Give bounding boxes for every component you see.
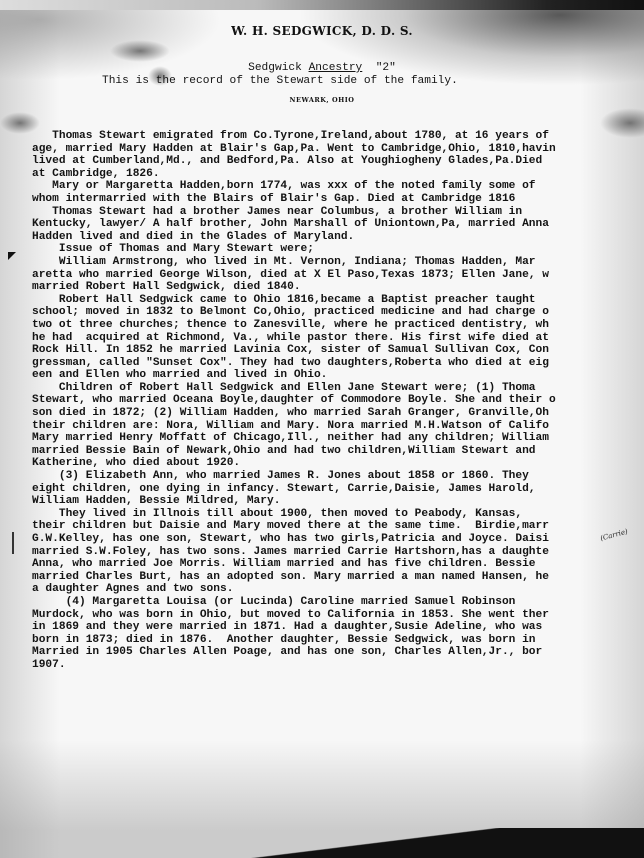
handwritten-note: (Carrie)	[599, 528, 628, 543]
text-line: their children are: Nora, William and Ma…	[32, 420, 556, 433]
text-line: lived at Cumberland,Md., and Bedford,Pa.…	[32, 155, 556, 168]
text-line: he had acquired at Richmond, Va., while …	[32, 332, 556, 345]
scanned-page: W. H. SEDGWICK, D. D. S. Sedgwick Ancest…	[0, 0, 644, 858]
margin-mark	[12, 532, 14, 554]
text-line: een and Ellen who married and lived in O…	[32, 369, 556, 382]
title-underlined: Ancestry	[309, 62, 363, 74]
margin-mark	[8, 252, 16, 260]
text-line: Children of Robert Hall Sedgwick and Ell…	[32, 382, 556, 395]
title-prefix: Sedgwick	[248, 62, 308, 74]
text-line: William Armstrong, who lived in Mt. Vern…	[32, 256, 556, 269]
text-line: Anna, who married Joe Morris. William ma…	[32, 558, 556, 571]
scan-shadow-top	[0, 0, 644, 10]
text-line: Stewart, who married Oceana Boyle,daught…	[32, 394, 556, 407]
body-text: Thomas Stewart emigrated from Co.Tyrone,…	[32, 130, 556, 672]
text-line: Mary or Margaretta Hadden,born 1774, was…	[32, 180, 556, 193]
text-line: age, married Mary Hadden at Blair's Gap,…	[32, 143, 556, 156]
letterhead-city: NEWARK, OHIO	[0, 96, 644, 104]
scan-shadow-bottom	[10, 828, 644, 858]
text-line: William Hadden, Bessie Mildred, Mary.	[32, 495, 556, 508]
text-line: aretta who married George Wilson, died a…	[32, 269, 556, 282]
text-line: in 1869 and they were married in 1871. H…	[32, 621, 556, 634]
text-line: Murdock, who was born in Ohio, but moved…	[32, 609, 556, 622]
text-line: They lived in Illnois till about 1900, t…	[32, 508, 556, 521]
text-line: eight children, one dying in infancy. St…	[32, 483, 556, 496]
text-line: (4) Margaretta Louisa (or Lucinda) Carol…	[32, 596, 556, 609]
text-line: Hadden lived and died in the Glades of M…	[32, 231, 556, 244]
text-line: 1907.	[32, 659, 556, 672]
text-line: their children but Daisie and Mary moved…	[32, 520, 556, 533]
text-line: whom intermarried with the Blairs of Bla…	[32, 193, 556, 206]
text-line: (3) Elizabeth Ann, who married James R. …	[32, 470, 556, 483]
text-line: Mary married Henry Moffatt of Chicago,Il…	[32, 432, 556, 445]
text-line: born in 1873; died in 1876. Another daug…	[32, 634, 556, 647]
text-line: married Robert Hall Sedgwick, died 1840.	[32, 281, 556, 294]
document-title: Sedgwick Ancestry "2"	[0, 62, 644, 75]
document-subtitle: This is the record of the Stewart side o…	[102, 75, 458, 88]
text-line: son died in 1872; (2) William Hadden, wh…	[32, 407, 556, 420]
text-line: gressman, called "Sunset Cox". They had …	[32, 357, 556, 370]
text-line: two ot three churches; thence to Zanesvi…	[32, 319, 556, 332]
text-line: married S.W.Foley, has two sons. James m…	[32, 546, 556, 559]
text-line: Thomas Stewart had a brother James near …	[32, 206, 556, 219]
text-line: married Bessie Bain of Newark,Ohio and h…	[32, 445, 556, 458]
text-line: Kentucky, lawyer/ A half brother, John M…	[32, 218, 556, 231]
text-line: Robert Hall Sedgwick came to Ohio 1816,b…	[32, 294, 556, 307]
text-line: Thomas Stewart emigrated from Co.Tyrone,…	[32, 130, 556, 143]
text-line: Married in 1905 Charles Allen Poage, and…	[32, 646, 556, 659]
text-line: Rock Hill. In 1852 he married Lavinia Co…	[32, 344, 556, 357]
smudge	[600, 108, 644, 138]
smudge	[110, 40, 170, 62]
text-line: a daughter Agnes and two sons.	[32, 583, 556, 596]
text-line: at Cambridge, 1826.	[32, 168, 556, 181]
text-line: Issue of Thomas and Mary Stewart were;	[32, 243, 556, 256]
title-suffix: "2"	[362, 62, 396, 74]
letterhead-name: W. H. SEDGWICK, D. D. S.	[0, 24, 644, 38]
text-line: school; moved in 1832 to Belmont Co,Ohio…	[32, 306, 556, 319]
text-line: G.W.Kelley, has one son, Stewart, who ha…	[32, 533, 556, 546]
text-line: Katherine, who died about 1920.	[32, 457, 556, 470]
text-line: married Charles Burt, has an adopted son…	[32, 571, 556, 584]
